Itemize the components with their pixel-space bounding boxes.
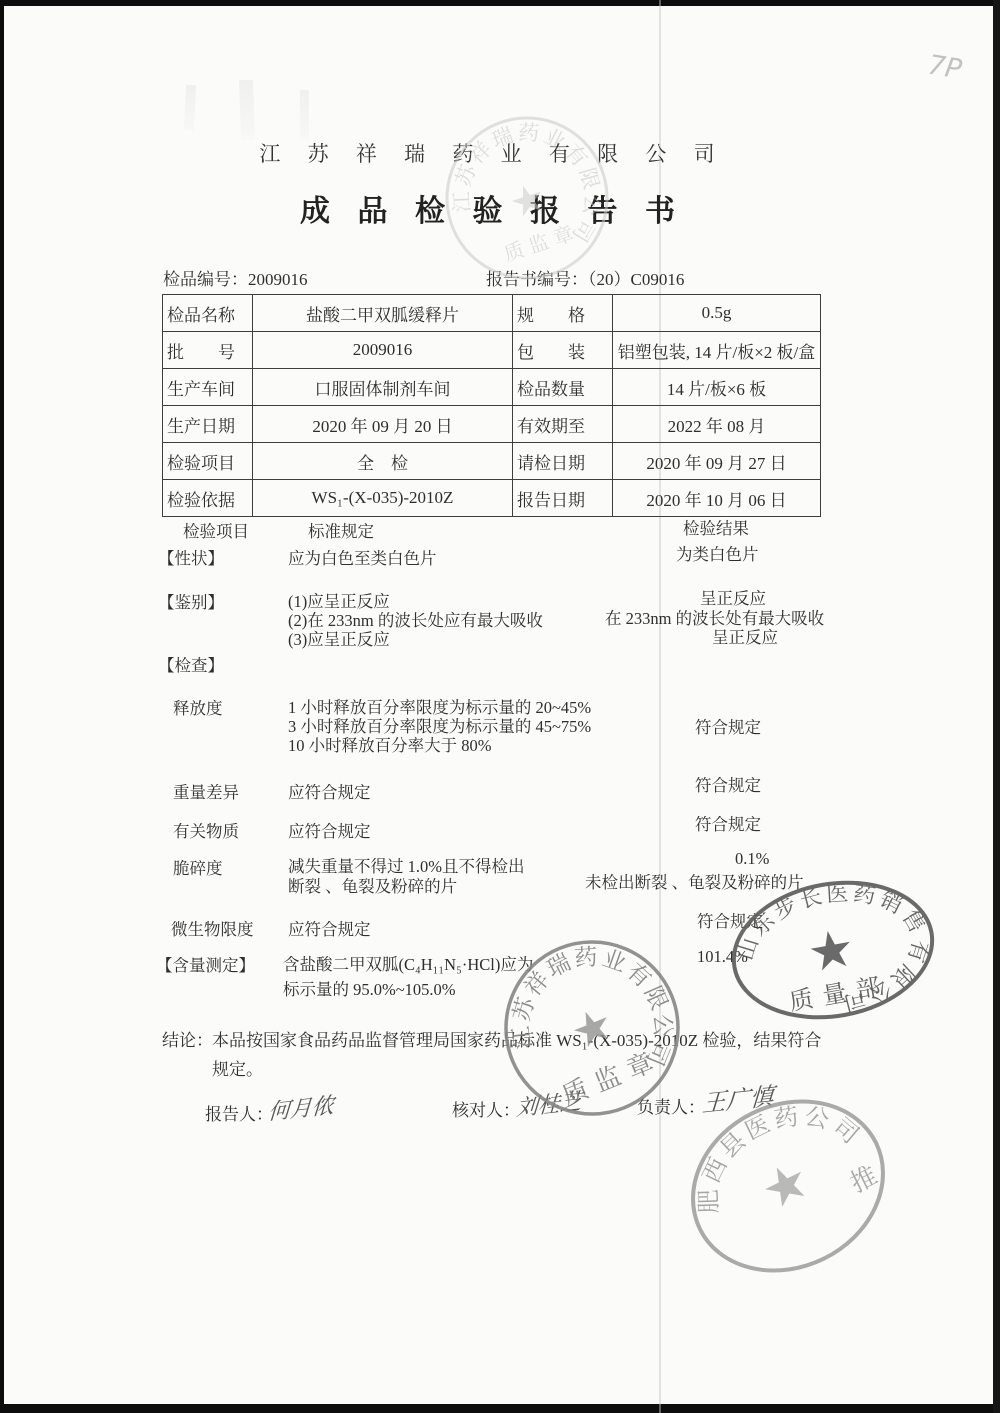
item-release-std3: 10 小时释放百分率大于 80% [288,732,492,756]
item-assay-std2: 标示量的 95.0%~105.0% [283,976,456,1000]
item-microbial-standard: 应符合规定 [288,916,371,940]
info-value-request-date: 2020 年 09 月 27 日 [613,443,821,480]
info-label-sample-qty: 检品数量 [513,369,613,406]
info-label-batch-no: 批 号 [163,332,253,369]
item-microbial-label: 微生物限度 [171,916,254,940]
item-weight-label: 重量差异 [173,779,239,803]
item-identification-label: 【鉴别】 [158,589,224,613]
item-identification-std3: (3)应呈正反应 [288,626,390,650]
stamp-inner-text: 推 [846,1161,882,1198]
item-appearance-standard: 应为白色至类白色片 [288,545,437,569]
table-row: 批 号 2009016 包 装 铝塑包装, 14 片/板×2 板/盒 [163,332,821,369]
info-value-batch-no: 2009016 [253,332,513,369]
sample-number-value: 2009016 [248,270,308,289]
item-friability-std2: 断裂 、龟裂及粉碎的片 [288,873,457,897]
info-value-report-date: 2020 年 10 月 06 日 [613,480,821,517]
item-substances-result: 符合规定 [695,811,761,835]
info-label-expiry: 有效期至 [513,406,613,443]
table-row: 检验项目 全 检 请检日期 2020 年 09 月 27 日 [163,443,821,480]
reporter-label: 报告人： [205,1100,273,1125]
report-number-label: 报告书编号： [486,270,588,289]
info-value-test-items: 全 检 [253,443,513,480]
info-value-test-basis: WS₁-(X-035)-2010Z [253,480,513,517]
checker-signature: 刘桂芝 [515,1084,583,1122]
info-value-sample-qty: 14 片/板×6 板 [613,369,821,406]
item-friability-res2: 未检出断裂 、龟裂及粉碎的片 [585,869,804,893]
report-number-line: 报告书编号：（20）C09016 [486,265,684,290]
approver-signature: 王广慎 [701,1076,775,1119]
info-label-test-basis: 检验依据 [163,480,253,517]
scanned-report-page: { "page_note": { "corner_mark": "7P" }, … [0,0,1000,1413]
approver-label: 负责人： [637,1093,705,1118]
info-label-test-items: 检验项目 [163,443,253,480]
item-release-result: 符合规定 [695,714,761,738]
table-row: 检验依据 WS₁-(X-035)-2010Z 报告日期 2020 年 10 月 … [163,480,821,517]
results-col-result: 检验结果 [683,515,749,539]
item-friability-res1: 0.1% [735,849,769,869]
reporter-signature: 何月侬 [267,1088,335,1126]
table-row: 检品名称 盐酸二甲双胍缓释片 规 格 0.5g [163,295,821,332]
info-label-report-date: 报告日期 [513,480,613,517]
report-title: 成 品 检 验 报 告 书 [0,186,985,230]
info-label-spec: 规 格 [513,295,613,332]
item-appearance-result: 为类白色片 [676,541,759,565]
company-name: 江 苏 祥 瑞 药 业 有 限 公 司 [0,138,985,168]
report-number-value: （20）C09016 [588,270,684,289]
stamp-dept-text: 质量部 [787,972,892,1016]
star-icon: ★ [803,920,859,984]
stamp-arc-text: 江苏祥瑞药业有限公司 [483,919,694,1121]
item-substances-label: 有关物质 [173,818,239,842]
info-value-spec: 0.5g [613,295,821,332]
info-value-packaging: 铝塑包装, 14 片/板×2 板/盒 [613,332,821,369]
info-value-prod-date: 2020 年 09 月 20 日 [253,406,513,443]
item-identification-res3: 呈正反应 [712,624,778,648]
table-row: 生产日期 2020 年 09 月 20 日 有效期至 2022 年 08 月 [163,406,821,443]
item-weight-standard: 应符合规定 [288,779,371,803]
sample-number-label: 检品编号： [163,270,248,289]
info-label-workshop: 生产车间 [163,369,253,406]
sample-number-line: 检品编号：2009016 [163,265,308,290]
scan-edge-bottom [0,1404,1000,1413]
info-value-workshop: 口服固体制剂车间 [253,369,513,406]
conclusion-label: 结论： [162,1026,213,1051]
info-label-sample-name: 检品名称 [163,295,253,332]
results-col-standard: 标准规定 [308,518,374,542]
item-microbial-result: 符合规定 [697,908,763,932]
conclusion-line1: 本品按国家食品药品监督管理局国家药品标准 WS₁-(X-035)-2010Z 检… [212,1026,821,1051]
item-weight-result: 符合规定 [695,772,761,796]
sample-info-table: 检品名称 盐酸二甲双胍缓释片 规 格 0.5g 批 号 2009016 包 装 … [162,294,821,517]
item-friability-label: 脆碎度 [173,855,223,879]
item-assay-std1: 含盐酸二甲双胍(C₄H₁₁N₅·HCl)应为 [283,951,533,975]
table-row: 生产车间 口服固体制剂车间 检品数量 14 片/板×6 板 [163,369,821,406]
item-appearance-label: 【性状】 [158,545,224,569]
item-substances-standard: 应符合规定 [288,818,371,842]
report-header: 江 苏 祥 瑞 药 业 有 限 公 司 成 品 检 验 报 告 书 [0,0,985,230]
section-inspection-label: 【检查】 [158,652,224,676]
conclusion-line2: 规定。 [212,1055,263,1080]
checker-label: 核对人： [452,1096,520,1121]
item-release-label: 释放度 [173,695,223,719]
results-col-item: 检验项目 [183,518,249,542]
item-assay-result: 101.4% [697,947,748,967]
scan-edge-right [993,0,1000,1413]
info-value-sample-name: 盐酸二甲双胍缓释片 [253,295,513,332]
info-label-packaging: 包 装 [513,332,613,369]
info-label-prod-date: 生产日期 [163,406,253,443]
info-label-request-date: 请检日期 [513,443,613,480]
info-value-expiry: 2022 年 08 月 [613,406,821,443]
star-icon: ★ [753,1151,820,1223]
item-assay-label: 【含量测定】 [156,952,255,976]
